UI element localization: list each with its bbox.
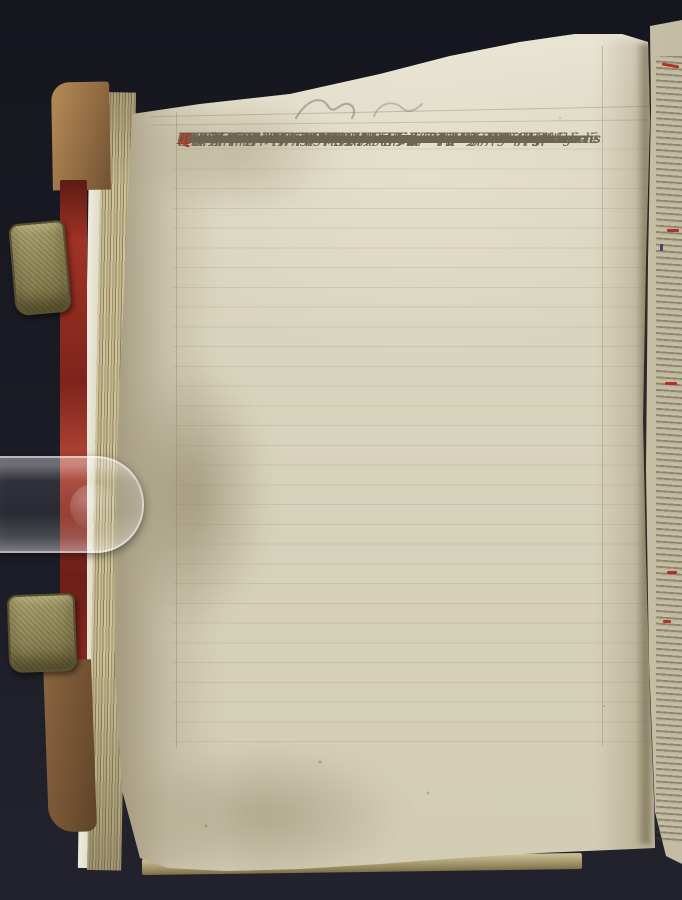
- pencil-doodle: [282, 88, 442, 128]
- vertical-ruling-left: [176, 112, 177, 748]
- photo-backdrop: ribȝ Respice dñe scē pr de scūario tuo ⁊…: [0, 0, 682, 900]
- facing-rubric-mark: [665, 382, 677, 385]
- upper-bookmark-tab[interactable]: [8, 220, 72, 317]
- bottom-corner-shadow: [125, 745, 405, 885]
- holder-specular-glare: [70, 484, 118, 530]
- spine-leather-top-corner: [51, 82, 111, 191]
- facing-rubric-mark: [667, 571, 677, 574]
- transparent-page-holder-strip[interactable]: [0, 456, 144, 553]
- lower-bookmark-tab[interactable]: [7, 593, 78, 673]
- facing-leaf-text-rows: [656, 56, 682, 844]
- facing-rubric-mark: [667, 229, 679, 232]
- horizontal-ruling: [172, 130, 654, 746]
- facing-blue-initial-mark: [660, 244, 663, 251]
- spine-leather-bottom-corner: [43, 659, 97, 833]
- vertical-ruling-right: [602, 46, 603, 746]
- facing-rubric-mark: [663, 620, 671, 623]
